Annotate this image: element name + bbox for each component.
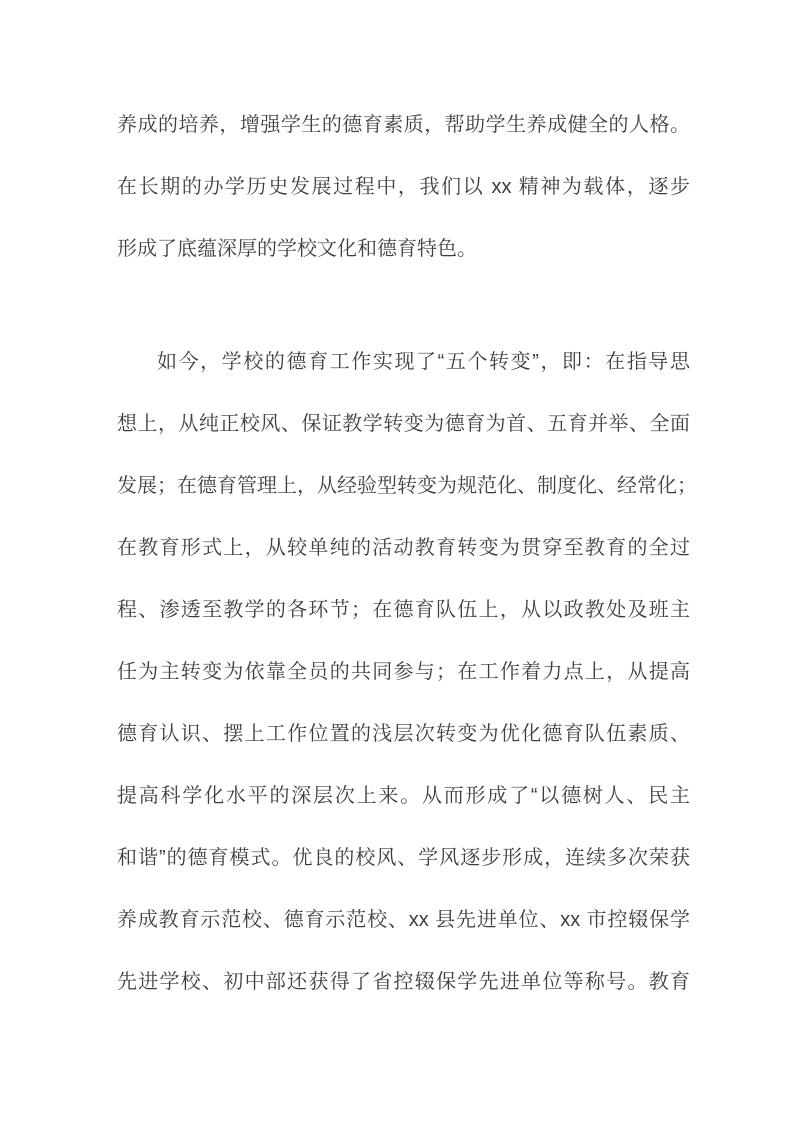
text-line: 养成教育示范校、德育示范校、xx 县先进单位、xx 市控辍保学 xyxy=(117,889,690,951)
text-line: 想上，从纯正校风、保证教学转变为德育为首、五育并举、全面 xyxy=(117,393,690,455)
text-line: 如今，学校的德育工作实现了“五个转变”，即：在指导思 xyxy=(117,331,690,393)
document-body: 养成的培养，增强学生的德育素质，帮助学生养成健全的人格。在长期的办学历史发展过程… xyxy=(117,94,690,1013)
text-line: 在长期的办学历史发展过程中，我们以 xx 精神为载体，逐步 xyxy=(117,156,690,218)
text-line: 发展；在德育管理上，从经验型转变为规范化、制度化、经常化； xyxy=(117,455,690,517)
paragraph-1: 养成的培养，增强学生的德育素质，帮助学生养成健全的人格。在长期的办学历史发展过程… xyxy=(117,94,690,280)
document-page: 养成的培养，增强学生的德育素质，帮助学生养成健全的人格。在长期的办学历史发展过程… xyxy=(0,0,793,1122)
text-line: 德育认识、摆上工作位置的浅层次转变为优化德育队伍素质、 xyxy=(117,703,690,765)
text-line: 形成了底蕴深厚的学校文化和德育特色。 xyxy=(117,218,690,280)
text-line: 养成的培养，增强学生的德育素质，帮助学生养成健全的人格。 xyxy=(117,94,690,156)
text-line: 先进学校、初中部还获得了省控辍保学先进单位等称号。教育 xyxy=(117,951,690,1013)
text-line: 和谐”的德育模式。优良的校风、学风逐步形成，连续多次荣获 xyxy=(117,827,690,889)
text-line: 在教育形式上，从较单纯的活动教育转变为贯穿至教育的全过 xyxy=(117,517,690,579)
paragraph-2: 如今，学校的德育工作实现了“五个转变”，即：在指导思想上，从纯正校风、保证教学转… xyxy=(117,331,690,1013)
text-line: 任为主转变为依靠全员的共同参与；在工作着力点上，从提高 xyxy=(117,641,690,703)
text-line: 提高科学化水平的深层次上来。从而形成了“以德树人、民主 xyxy=(117,765,690,827)
text-line: 程、渗透至教学的各环节；在德育队伍上，从以政教处及班主 xyxy=(117,579,690,641)
